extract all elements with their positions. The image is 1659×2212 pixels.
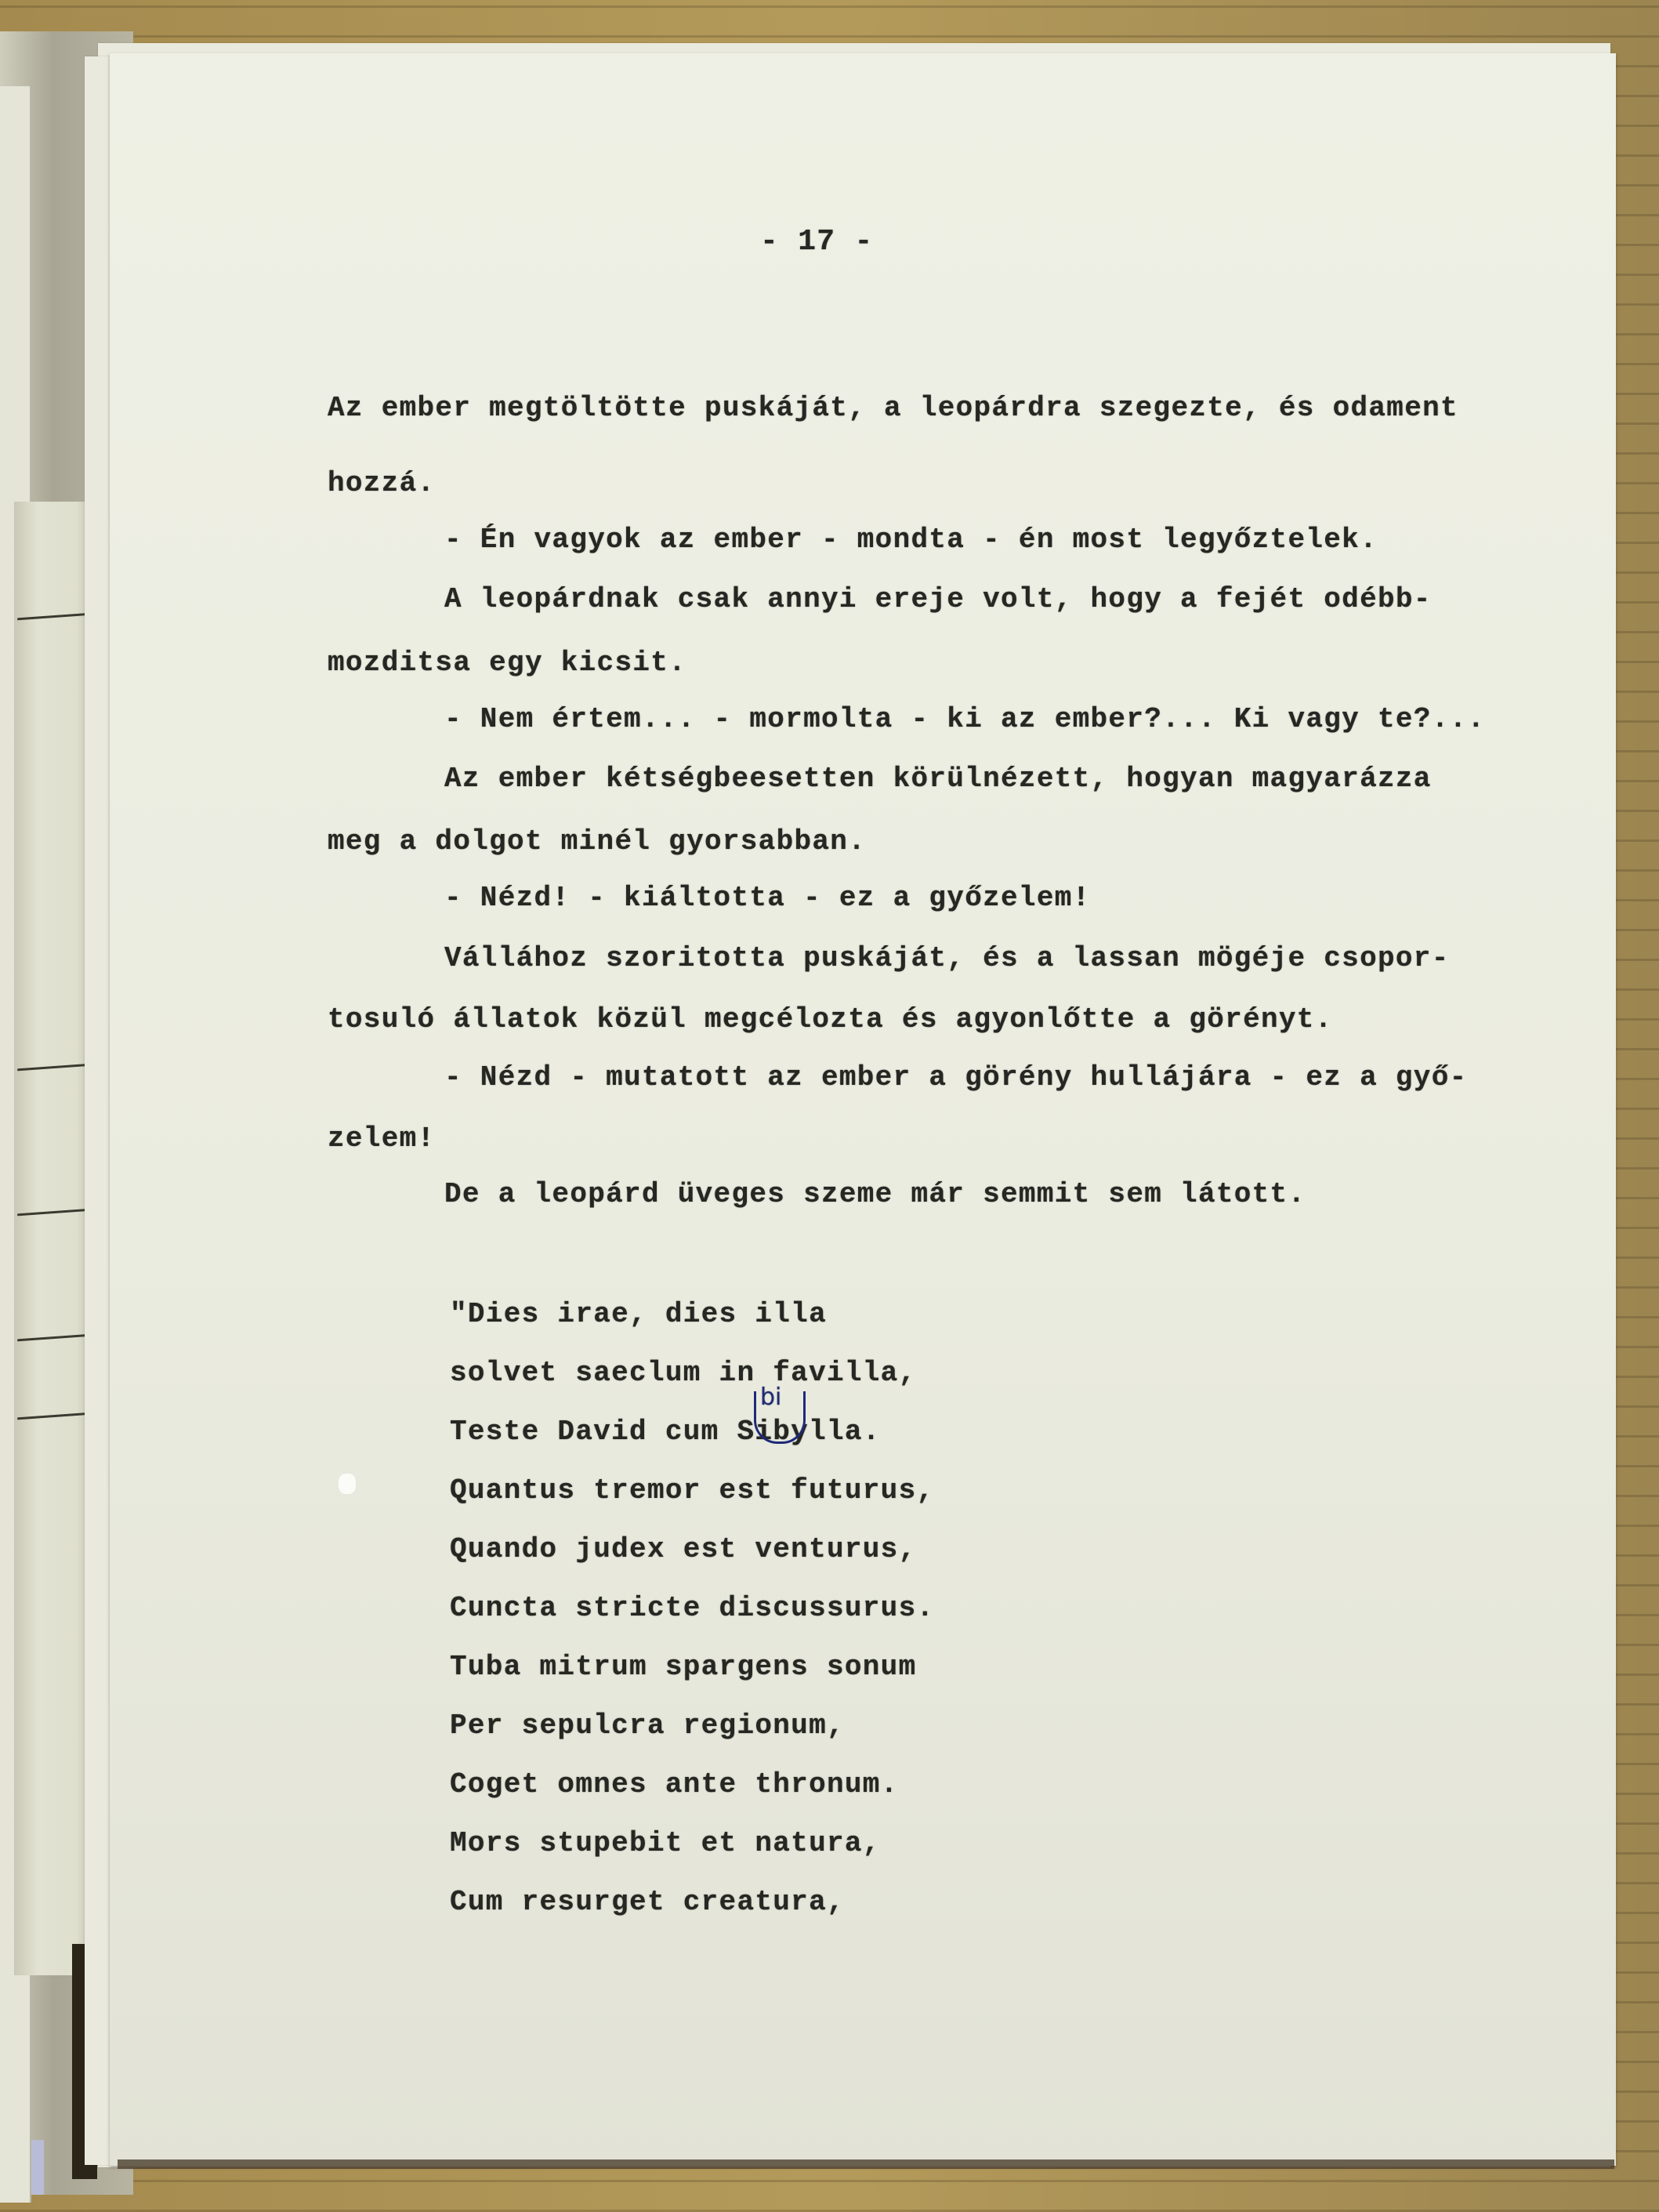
- verse-line: Cuncta stricte discussurus.: [450, 1592, 934, 1624]
- paragraph-line: hozzá.: [328, 467, 435, 499]
- paragraph-line: Az ember megtöltötte puskáját, a leopárd…: [328, 392, 1458, 424]
- paragraph-line: mozditsa egy kicsit.: [328, 647, 686, 679]
- verse-line: Per sepulcra regionum,: [450, 1710, 845, 1742]
- dialogue-line: - Nézd! - kiáltotta - ez a győzelem!: [444, 882, 1091, 914]
- torn-paper-strip: [14, 502, 92, 1975]
- dialogue-line: - Nem értem... - mormolta - ki az ember?…: [444, 703, 1485, 735]
- verse-line: Quantus tremor est futurus,: [450, 1474, 934, 1507]
- verse-line: solvet saeclum in favilla,: [450, 1357, 917, 1389]
- verse-line: Coget omnes ante thronum.: [450, 1768, 899, 1800]
- verse-line: "Dies irae, dies illa: [450, 1298, 827, 1330]
- paragraph-line: meg a dolgot minél gyorsabban.: [328, 825, 866, 858]
- paragraph-line: A leopárdnak csak annyi ereje volt, hogy…: [444, 583, 1432, 615]
- blue-tab: [31, 2140, 44, 2195]
- dialogue-line: - Nézd - mutatott az ember a görény hull…: [444, 1061, 1468, 1093]
- verse-line: Mors stupebit et natura,: [450, 1827, 881, 1859]
- paragraph-line: tosuló állatok közül megcélozta és agyon…: [328, 1003, 1333, 1035]
- paragraph-line: Az ember kétségbeesetten körülnézett, ho…: [444, 763, 1432, 795]
- verse-line: Tuba mitrum spargens sonum: [450, 1651, 917, 1683]
- verse-line: Teste David cum Sibylla.: [450, 1416, 881, 1448]
- paragraph-line: De a leopárd üveges szeme már semmit sem…: [444, 1178, 1306, 1210]
- correction-fluid-spot: [339, 1474, 356, 1494]
- page-number: - 17 -: [760, 225, 874, 259]
- verse-line: Quando judex est venturus,: [450, 1533, 917, 1565]
- page-bottom-shadow: [118, 2159, 1614, 2169]
- paragraph-line: zelem!: [328, 1122, 435, 1155]
- paragraph-line: Vállához szoritotta puskáját, és a lassa…: [444, 942, 1450, 974]
- verse-line: Cum resurget creatura,: [450, 1886, 845, 1918]
- handwritten-correction: bi: [760, 1383, 799, 1438]
- dialogue-line: - Én vagyok az ember - mondta - én most …: [444, 524, 1378, 556]
